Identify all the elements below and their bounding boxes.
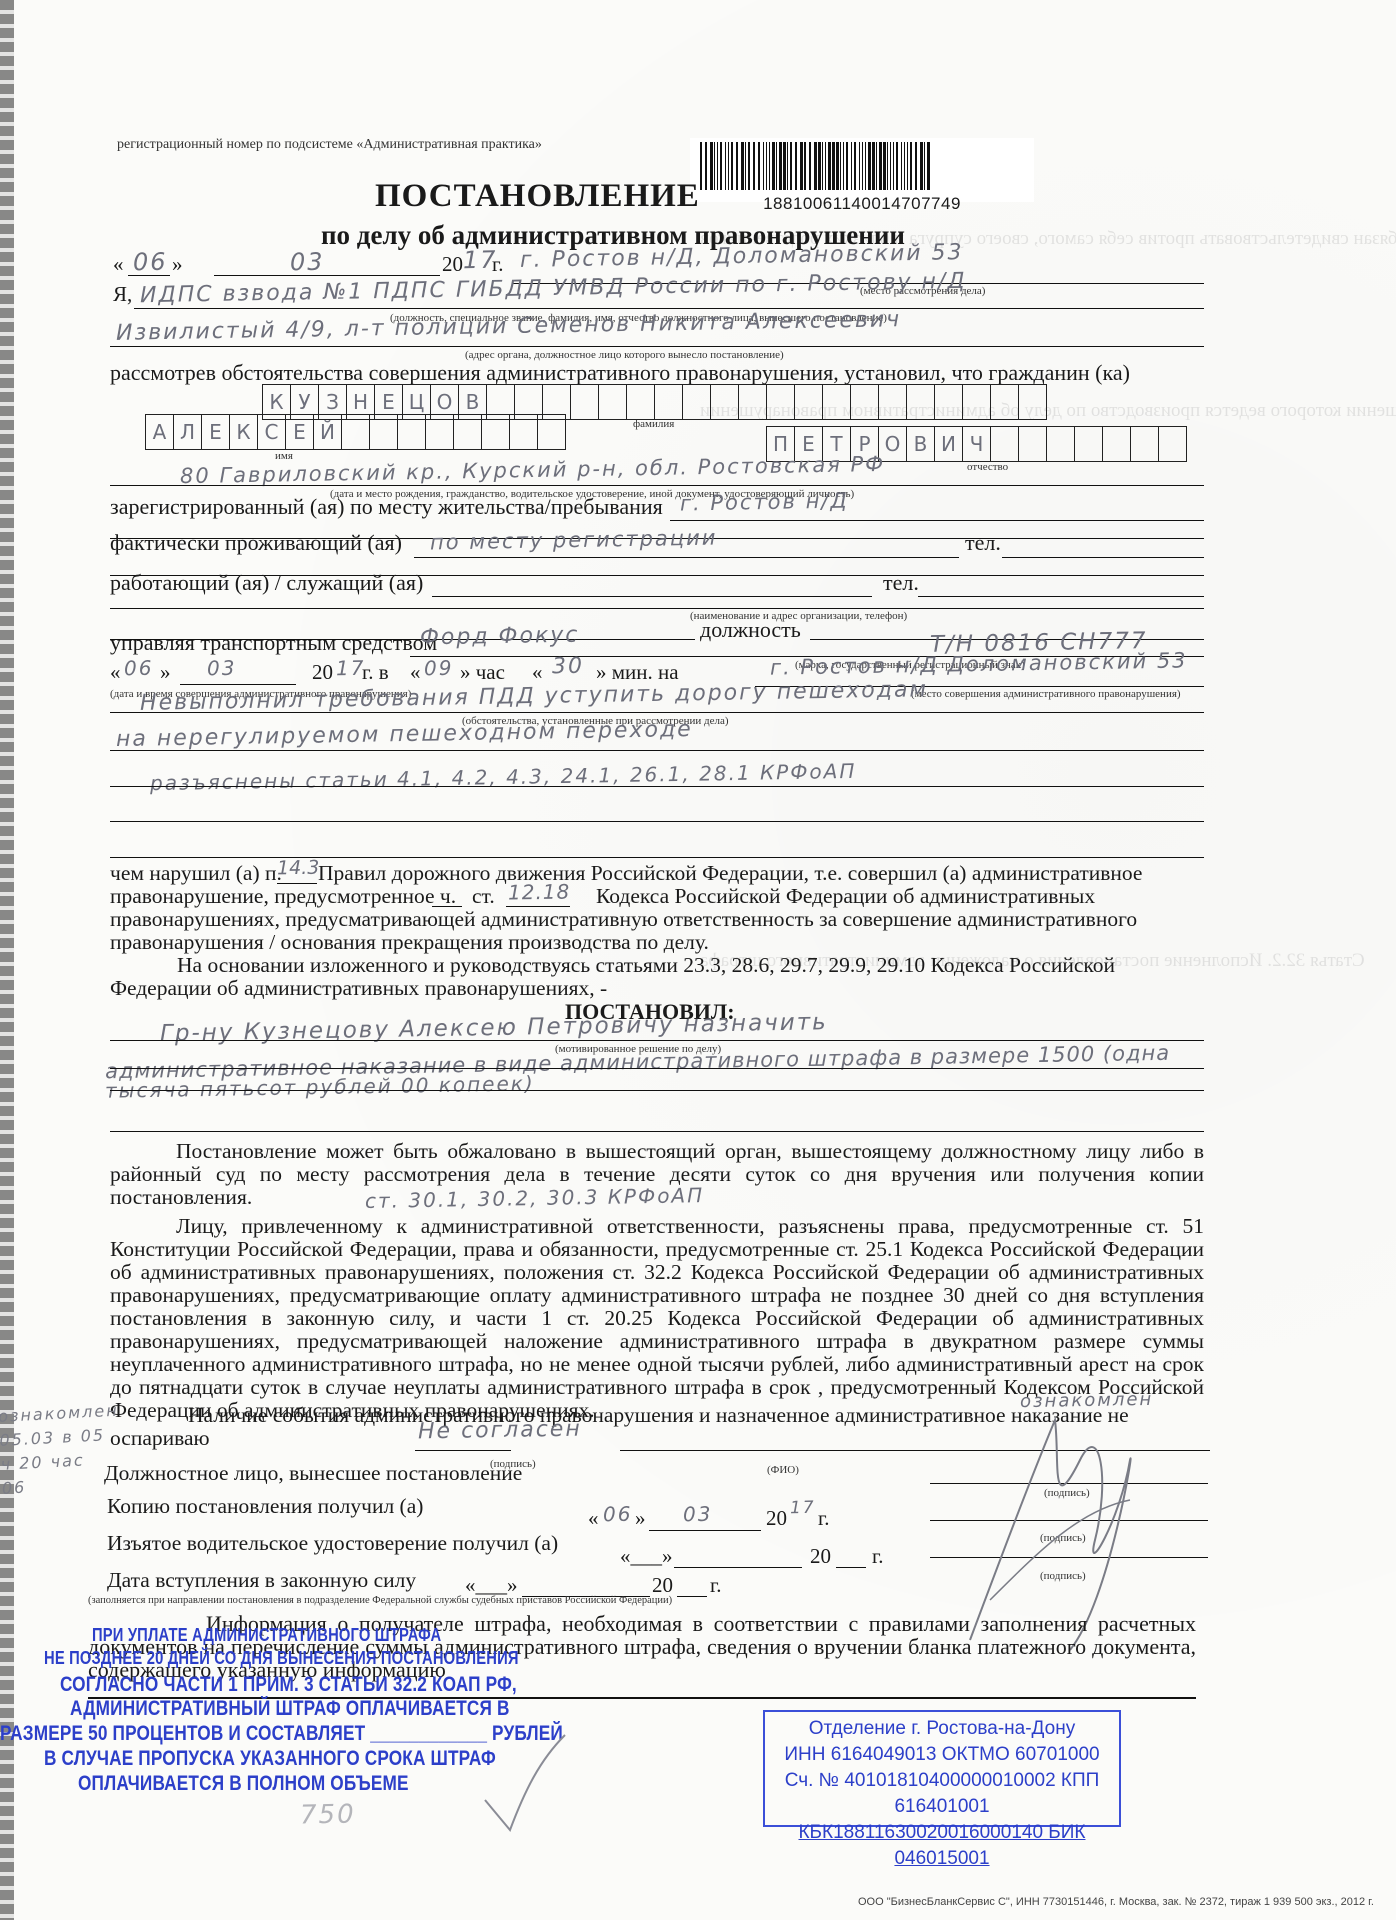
check-mark xyxy=(480,1730,570,1840)
letter-box[interactable] xyxy=(655,384,683,420)
letter-box[interactable] xyxy=(851,384,879,420)
barcode-bar xyxy=(705,142,707,190)
barcode-bar xyxy=(859,142,860,190)
hour-label-text: час xyxy=(476,660,505,684)
letter-box[interactable] xyxy=(739,384,767,420)
work-phone-field[interactable] xyxy=(918,596,1204,597)
barcode-bar xyxy=(904,142,905,190)
circumstances-underline4 xyxy=(110,821,1204,822)
barcode-bar xyxy=(700,142,702,190)
letter-box[interactable] xyxy=(342,414,370,450)
minute-label-text: мин. на xyxy=(612,660,679,684)
binding-edge xyxy=(0,0,14,1920)
actual-value[interactable]: по месту регистрации xyxy=(430,525,718,554)
letter-box[interactable] xyxy=(538,414,566,450)
letter-box[interactable] xyxy=(1103,426,1131,462)
barcode-bar xyxy=(915,142,917,190)
recipient-info: Информация о получателе штрафа, необходи… xyxy=(88,1612,1196,1681)
barcode-bar xyxy=(825,142,826,190)
letter-box[interactable] xyxy=(454,414,482,450)
position-label: должность xyxy=(700,617,801,643)
barcode-bar xyxy=(840,142,841,190)
barcode-bar xyxy=(920,142,923,190)
letter-box[interactable] xyxy=(510,414,538,450)
barcode-bar xyxy=(862,142,863,190)
letter-box[interactable] xyxy=(1019,426,1047,462)
circumstances-underline1 xyxy=(110,712,1204,713)
letter-box[interactable] xyxy=(935,384,963,420)
letter-box[interactable] xyxy=(1019,384,1047,420)
stamp-line: ОПЛАЧИВАЕТСЯ В ПОЛНОМ ОБЪЕМЕ xyxy=(78,1772,409,1796)
reg-number-label: регистрационный номер по подсистеме «Адм… xyxy=(117,137,542,153)
letter-box[interactable] xyxy=(795,384,823,420)
ruling-underline2 xyxy=(110,1068,1204,1069)
letter-box[interactable]: А xyxy=(145,414,174,450)
offense-hour[interactable]: 09 xyxy=(424,656,454,681)
letter-box[interactable]: В xyxy=(907,426,935,462)
decision-month[interactable]: 03 xyxy=(290,248,325,277)
registered-underline xyxy=(670,520,1204,521)
letter-box[interactable] xyxy=(599,384,627,420)
bank-inn-oktmo: ИНН 6164049013 ОКТМО 60701000 xyxy=(765,1742,1119,1768)
actual-phone-field[interactable] xyxy=(1002,557,1204,558)
effective-year-field[interactable] xyxy=(677,1596,707,1597)
work-phone-label: тел. xyxy=(883,570,919,596)
barcode-bar xyxy=(868,142,871,190)
official-prefix: Я, xyxy=(113,282,132,307)
barcode-bar xyxy=(714,142,715,190)
barcode-bar xyxy=(818,142,821,190)
not-disputed-end: оспариваю xyxy=(110,1426,210,1451)
vehicle-make[interactable]: Форд Фокус xyxy=(420,623,580,651)
barcode-bar xyxy=(872,142,875,190)
barcode-bar xyxy=(748,142,750,190)
violation-st-label: ст. xyxy=(472,884,495,909)
work-underline[interactable] xyxy=(432,596,872,597)
barcode-bar xyxy=(876,142,877,190)
effective-g: г. xyxy=(710,1573,722,1598)
violation-text-c: правонарушениях, предусматривающей админ… xyxy=(110,907,1137,932)
letter-box[interactable]: С xyxy=(258,414,286,450)
signature-line-1[interactable] xyxy=(415,1450,511,1451)
letter-box[interactable] xyxy=(1131,426,1159,462)
offense-place-caption: (место совершения административного прав… xyxy=(911,688,1181,700)
barcode-bar xyxy=(795,142,797,190)
barcode-bar xyxy=(851,142,852,190)
barcode-bar xyxy=(736,142,738,190)
barcode-bar xyxy=(814,142,817,190)
barcode-bar xyxy=(910,142,912,190)
license-year-prefix: 20 xyxy=(810,1544,831,1569)
letter-box[interactable] xyxy=(627,384,655,420)
name-caption: имя xyxy=(275,450,293,462)
barcode-number: 18810061140014707749 xyxy=(690,194,1034,214)
barcode-bar xyxy=(758,142,760,190)
birth-underline xyxy=(110,485,1204,486)
offense-day[interactable]: 06 xyxy=(124,656,154,681)
offense-month[interactable]: 03 xyxy=(207,656,237,681)
barcode-bar xyxy=(927,142,930,190)
work-label: работающий (ая) / служащий (ая) xyxy=(110,570,423,596)
barcode-bar xyxy=(832,142,835,190)
stamp-line: ПРИ УПЛАТЕ АДМИНИСТРАТИВНОГО ШТРАФА xyxy=(92,1625,441,1646)
circumstances-line2[interactable]: на нерегулируемом пешеходном переходе xyxy=(116,717,693,752)
violation-point[interactable]: 14.3 xyxy=(277,857,320,880)
stamp-line: АДМИНИСТРАТИВНЫЙ ШТРАФ ОПЛАЧИВАЕТСЯ В xyxy=(70,1697,510,1721)
fio-caption: (ФИО) xyxy=(767,1464,799,1476)
ruling-underline4 xyxy=(110,1131,1204,1132)
barcode-bar xyxy=(887,142,888,190)
surname-caption: фамилия xyxy=(633,418,674,430)
barcode-bar xyxy=(779,142,782,190)
letter-box[interactable] xyxy=(398,414,426,450)
barcode-bar xyxy=(745,142,746,190)
letter-box[interactable] xyxy=(711,384,739,420)
letter-box[interactable]: И xyxy=(935,426,963,462)
actual-underline xyxy=(414,557,959,558)
violation-article[interactable]: 12.18 xyxy=(508,879,571,904)
offense-minute[interactable]: 30 xyxy=(552,654,584,680)
barcode-bar xyxy=(846,142,848,190)
barcode-bars xyxy=(700,142,1024,190)
offense-g-label: г. в xyxy=(362,660,389,685)
registered-value[interactable]: г. Ростов н/Д xyxy=(680,489,849,516)
barcode-bar xyxy=(731,142,733,190)
intro-text: рассмотрев обстоятельства совершения адм… xyxy=(110,360,1130,386)
barcode-bar xyxy=(828,142,831,190)
barcode-bar xyxy=(728,142,729,190)
offense-year-prefix: 20 xyxy=(312,660,333,685)
copy-received-label: Копию постановления получил (а) xyxy=(107,1494,423,1519)
letter-box[interactable]: Л xyxy=(174,414,202,450)
barcode-bar xyxy=(787,142,788,190)
letter-box[interactable] xyxy=(991,426,1019,462)
circumstances-underline2 xyxy=(110,750,1204,751)
circumstances-line3[interactable]: разъяснены статьи 4.1, 4.2, 4.3, 24.1, 2… xyxy=(150,759,857,795)
barcode-bar xyxy=(720,142,722,190)
stamp-handwritten-amount: 750 xyxy=(300,1800,356,1831)
barcode-bar xyxy=(783,142,786,190)
ruling-underline3 xyxy=(110,1090,1204,1091)
offense-open-quote: « xyxy=(110,660,121,685)
document-page: 1. Никто не обязан свидетельствовать про… xyxy=(0,0,1396,1920)
license-year-field[interactable] xyxy=(836,1567,866,1568)
barcode-bar xyxy=(753,142,755,190)
hour-label: » час xyxy=(460,660,505,685)
barcode-bar xyxy=(804,142,806,190)
barcode-bar xyxy=(766,142,767,190)
name-boxes[interactable]: АЛЕКСЕЙ xyxy=(145,414,566,450)
minute-open-quote: « xyxy=(532,660,543,685)
copy-day[interactable]: 06 xyxy=(603,1502,633,1527)
letter-box[interactable] xyxy=(426,414,454,450)
license-received-label: Изъятое водительское удостоверение получ… xyxy=(107,1531,558,1556)
barcode-bar xyxy=(883,142,886,190)
copy-month[interactable]: 03 xyxy=(683,1502,713,1527)
basis-line1: На основании изложенного и руководствуяс… xyxy=(177,953,1115,978)
stamp-line: В СЛУЧАЕ ПРОПУСКА УКАЗАННОГО СРОКА ШТРАФ xyxy=(44,1747,496,1771)
margin-note: ознакомлен 05.03 в 05 ч 20 час 06 xyxy=(0,1399,112,1501)
barcode-bar xyxy=(924,142,925,190)
hour-open-quote: « xyxy=(410,660,421,685)
letter-box[interactable] xyxy=(767,384,795,420)
date-open-quote: « xyxy=(113,252,124,277)
letter-box[interactable] xyxy=(823,384,851,420)
letter-box[interactable] xyxy=(1075,426,1103,462)
circumstances-underline5 xyxy=(110,857,1204,858)
printer-footer: ООО "БизнесБланкСервис С", ИНН 773015144… xyxy=(858,1896,1374,1908)
license-g: г. xyxy=(872,1544,884,1569)
copy-year[interactable]: 17 xyxy=(790,1498,816,1518)
license-month-field[interactable] xyxy=(674,1567,802,1568)
violation-text-b-suffix: Кодекса Российской Федерации об админист… xyxy=(596,884,1095,909)
ruling-line1[interactable]: Гр-ну Кузнецову Алексею Петровичу назнач… xyxy=(160,1009,828,1047)
effective-caption: (заполняется при направлении постановлен… xyxy=(88,1595,672,1606)
copy-g: г. xyxy=(818,1506,830,1531)
bank-account-kpp: Сч. № 40101810400000010002 КПП 616401001 xyxy=(765,1768,1119,1820)
violation-text-d: правонарушения / основания прекращения п… xyxy=(110,930,709,955)
bank-branch: Отделение г. Ростова-на-Дону xyxy=(765,1716,1119,1742)
barcode-bar xyxy=(854,142,856,190)
barcode-bar xyxy=(772,142,775,190)
violation-text-a: Правил дорожного движения Российской Фед… xyxy=(318,861,1142,886)
letter-box[interactable]: Е xyxy=(286,414,314,450)
license-date-quotes: «___» xyxy=(620,1544,673,1569)
letter-box[interactable] xyxy=(907,384,935,420)
year-g-label: г. xyxy=(492,252,504,277)
bank-details-stamp: Отделение г. Ростова-на-Дону ИНН 6164049… xyxy=(763,1710,1121,1827)
work-underline-2 xyxy=(110,608,1204,609)
letter-box[interactable] xyxy=(1047,426,1075,462)
barcode-bar xyxy=(809,142,811,190)
barcode: 18810061140014707749 xyxy=(690,138,1034,202)
barcode-bar xyxy=(879,142,882,190)
copy-open-quote: « xyxy=(588,1506,599,1531)
date-close-quote: » xyxy=(172,252,183,277)
barcode-bar xyxy=(776,142,777,190)
barcode-bar xyxy=(790,142,792,190)
circumstances-underline3 xyxy=(110,786,1204,787)
official-line2-underline xyxy=(110,346,1204,347)
bank-kbk-bik: КБК18811630020016000140 БИК 046015001 xyxy=(765,1820,1119,1872)
barcode-bar xyxy=(843,142,844,190)
stamp-line: РАЗМЕРЕ 50 ПРОЦЕНТОВ И СОСТАВЛЯЕТ ______… xyxy=(0,1722,563,1746)
letter-box[interactable] xyxy=(991,384,1019,420)
barcode-bar xyxy=(896,142,898,190)
letter-box[interactable]: К xyxy=(230,414,258,450)
basis-line2: Федерации об административных правонаруш… xyxy=(110,976,607,1001)
ruling-underline1 xyxy=(110,1040,1204,1041)
letter-box[interactable] xyxy=(571,384,599,420)
violation-prefix: чем нарушил (а) п. xyxy=(110,861,282,886)
copy-close-quote: » xyxy=(635,1506,646,1531)
copy-month-underline xyxy=(649,1530,761,1531)
letter-box[interactable] xyxy=(482,414,510,450)
letter-box[interactable]: Й xyxy=(314,414,342,450)
registered-label: зарегистрированный (ая) по месту жительс… xyxy=(110,494,663,520)
offense-close-quote: » xyxy=(160,660,171,685)
violation-text-b-prefix: правонарушение, предусмотренное ч. xyxy=(110,884,456,909)
letter-box[interactable] xyxy=(879,384,907,420)
offense-month-underline xyxy=(180,684,296,685)
barcode-bar xyxy=(901,142,902,190)
letter-box[interactable] xyxy=(1159,426,1187,462)
decision-day[interactable]: 06 xyxy=(133,248,168,277)
barcode-bar xyxy=(725,142,726,190)
month-underline xyxy=(214,275,440,276)
barcode-bar xyxy=(717,142,718,190)
letter-box[interactable]: Ч xyxy=(963,426,991,462)
dispute-handwritten[interactable]: Не согласен xyxy=(418,1417,582,1445)
barcode-bar xyxy=(907,142,908,190)
letter-box[interactable]: Е xyxy=(202,414,230,450)
offense-place[interactable]: г. Ростов н/Д Доломановский 53 xyxy=(770,648,1188,679)
year-prefix: 20 xyxy=(442,252,463,277)
actual-phone-label: тел. xyxy=(965,530,1001,556)
effective-date-label: Дата вступления в законную силу xyxy=(107,1568,416,1593)
patronymic-caption: отчество xyxy=(967,461,1008,473)
letter-box[interactable] xyxy=(963,384,991,420)
barcode-bar xyxy=(763,142,764,190)
day-underline xyxy=(128,275,170,276)
barcode-bar xyxy=(890,142,891,190)
copy-year-prefix: 20 xyxy=(766,1506,787,1531)
stamp-line: СОГЛАСНО ЧАСТИ 1 ПРИМ. 3 СТАТЬИ 32.2 КОА… xyxy=(60,1673,517,1697)
barcode-bar xyxy=(893,142,894,190)
letter-box[interactable] xyxy=(370,414,398,450)
page-title: ПОСТАНОВЛЕНИЕ xyxy=(375,178,700,215)
vehicle-label: управляя транспортным средством xyxy=(110,630,437,656)
stamp-line: НЕ ПОЗДНЕЕ 20 ДНЕЙ СО ДНЯ ВЫНЕСЕНИЯ ПОСТ… xyxy=(44,1648,519,1669)
barcode-bar xyxy=(741,142,744,190)
barcode-bar xyxy=(836,142,839,190)
official-signature-label: Должностное лицо, вынесшее постановление xyxy=(104,1461,522,1486)
barcode-bar xyxy=(822,142,823,190)
barcode-bar xyxy=(865,142,866,190)
actual-label: фактически проживающий (ая) xyxy=(110,530,402,556)
official-line1-underline xyxy=(134,308,1204,309)
barcode-bar xyxy=(710,142,713,190)
barcode-bar xyxy=(769,142,770,190)
barcode-bar xyxy=(800,142,803,190)
letter-box[interactable] xyxy=(683,384,711,420)
